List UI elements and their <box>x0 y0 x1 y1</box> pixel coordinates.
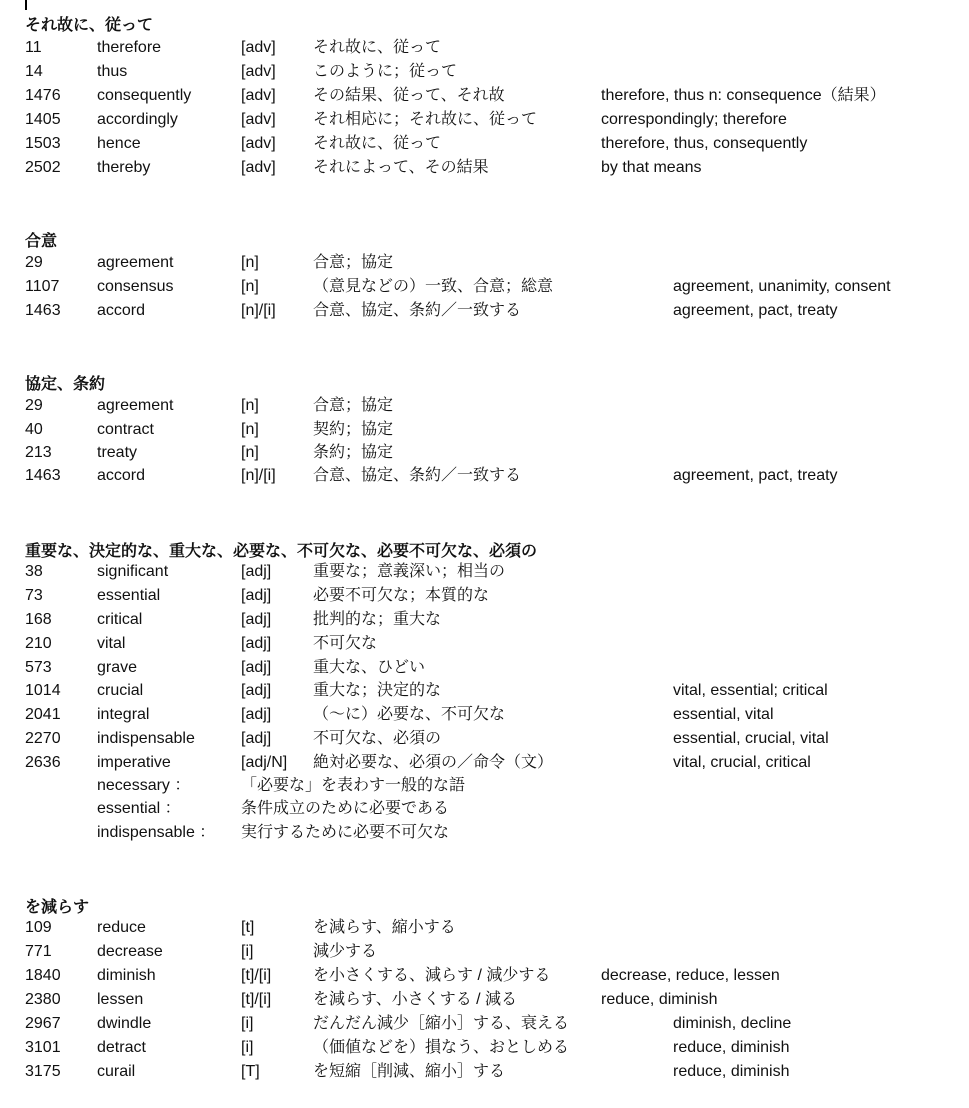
word: critical <box>97 610 142 630</box>
part-of-speech: [i] <box>241 1014 253 1034</box>
japanese-meaning: だんだん減少［縮小］する、衰える <box>313 1014 569 1034</box>
word-rank: 2041 <box>25 705 61 725</box>
word: crucial <box>97 681 143 701</box>
word: hence <box>97 134 141 154</box>
english-synonyms: reduce, diminish <box>673 1062 790 1082</box>
word-rank: 3101 <box>25 1038 61 1058</box>
part-of-speech: [t] <box>241 918 254 938</box>
part-of-speech: [adj] <box>241 705 271 725</box>
english-synonyms: diminish, decline <box>673 1014 791 1034</box>
japanese-meaning: （価値などを）損なう、おとしめる <box>313 1038 569 1058</box>
table-row: 109 reduce [t] を減らす、縮小する <box>0 918 969 942</box>
english-synonyms: therefore, thus, consequently <box>601 134 807 154</box>
word: treaty <box>97 443 137 463</box>
word: integral <box>97 705 149 725</box>
word: accord <box>97 301 145 321</box>
section-title: 協定、条約 <box>25 371 105 394</box>
japanese-meaning: 重大な、ひどい <box>313 658 425 678</box>
word-rank: 40 <box>25 420 43 440</box>
part-of-speech: [n]/[i] <box>241 301 276 321</box>
japanese-meaning: 減少する <box>313 942 377 962</box>
japanese-meaning: 必要不可欠な；本質的な <box>313 586 489 606</box>
english-synonyms: vital, essential; critical <box>673 681 828 701</box>
word: contract <box>97 420 154 440</box>
note-meaning: 実行するために必要不可欠な <box>241 823 449 843</box>
part-of-speech: [n] <box>241 396 259 416</box>
japanese-meaning: 合意；協定 <box>313 396 393 416</box>
japanese-meaning: 絶対必要な、必須の／命令（文） <box>313 753 553 773</box>
table-row: 3101 detract [i] （価値などを）損なう、おとしめる reduce… <box>0 1038 969 1062</box>
english-synonyms: reduce, diminish <box>601 990 718 1010</box>
word-rank: 210 <box>25 634 52 654</box>
word-rank: 1463 <box>25 466 61 486</box>
table-row: 1107 consensus [n] （意見などの）一致、合意；総意 agree… <box>0 277 969 301</box>
section-title: それ故に、従って <box>25 12 153 35</box>
note-meaning: 「必要な」を表わす一般的な語 <box>241 776 465 796</box>
table-row: 1840 diminish [t]/[i] を小さくする、減らす / 減少する … <box>0 966 969 990</box>
part-of-speech: [adv] <box>241 110 276 130</box>
part-of-speech: [n] <box>241 443 259 463</box>
table-row: 1014 crucial [adj] 重大な；決定的な vital, essen… <box>0 681 969 705</box>
part-of-speech: [adv] <box>241 62 276 82</box>
usage-note: essential ： 条件成立のために必要である <box>0 799 969 823</box>
word: lessen <box>97 990 143 1010</box>
english-synonyms: essential, vital <box>673 705 774 725</box>
table-row: 40 contract [n] 契約；協定 <box>0 420 969 444</box>
japanese-meaning: （意見などの）一致、合意；総意 <box>313 277 553 297</box>
word: significant <box>97 562 168 582</box>
part-of-speech: [adj] <box>241 634 271 654</box>
japanese-meaning: を短縮［削減、縮小］する <box>313 1062 505 1082</box>
word: curail <box>97 1062 135 1082</box>
note-meaning: 条件成立のために必要である <box>241 799 449 819</box>
section-title: を減らす <box>25 894 89 917</box>
part-of-speech: [adv] <box>241 158 276 178</box>
word-rank: 2270 <box>25 729 61 749</box>
word: diminish <box>97 966 156 986</box>
japanese-meaning: を減らす、縮小する <box>313 918 456 938</box>
japanese-meaning: 契約；協定 <box>313 420 393 440</box>
part-of-speech: [adv] <box>241 134 276 154</box>
table-row: 2380 lessen [t]/[i] を減らす、小さくする / 減る redu… <box>0 990 969 1014</box>
word-rank: 1476 <box>25 86 61 106</box>
word: accord <box>97 466 145 486</box>
table-row: 1405 accordingly [adv] それ相応に；それ故に、従って co… <box>0 110 969 134</box>
japanese-meaning: 合意；協定 <box>313 253 393 273</box>
japanese-meaning: を減らす、小さくする / 減る <box>313 990 517 1010</box>
word-rank: 38 <box>25 562 43 582</box>
word-rank: 2380 <box>25 990 61 1010</box>
japanese-meaning: 批判的な；重大な <box>313 610 441 630</box>
word-rank: 1503 <box>25 134 61 154</box>
part-of-speech: [i] <box>241 1038 253 1058</box>
table-row: 210 vital [adj] 不可欠な <box>0 634 969 658</box>
word: indispensable <box>97 729 195 749</box>
part-of-speech: [adv] <box>241 86 276 106</box>
english-synonyms: correspondingly; therefore <box>601 110 787 130</box>
word: consensus <box>97 277 174 297</box>
table-row: 2270 indispensable [adj] 不可欠な、必須の essent… <box>0 729 969 753</box>
japanese-meaning: それ故に、従って <box>313 134 441 154</box>
table-row: 3175 curail [T] を短縮［削減、縮小］する reduce, dim… <box>0 1062 969 1086</box>
japanese-meaning: 条約；協定 <box>313 443 393 463</box>
word-rank: 2967 <box>25 1014 61 1034</box>
word-rank: 11 <box>25 38 42 58</box>
part-of-speech: [adj] <box>241 658 271 678</box>
japanese-meaning: それ故に、従って <box>313 38 441 58</box>
note-word: indispensable ： <box>97 823 215 843</box>
english-synonyms: vital, crucial, critical <box>673 753 811 773</box>
word-rank: 168 <box>25 610 52 630</box>
word: thus <box>97 62 127 82</box>
note-word: essential ： <box>97 799 181 819</box>
word: reduce <box>97 918 146 938</box>
word-rank: 1014 <box>25 681 61 701</box>
english-synonyms: agreement, pact, treaty <box>673 466 838 486</box>
part-of-speech: [adv] <box>241 38 276 58</box>
word-rank: 29 <box>25 253 43 273</box>
word: agreement <box>97 396 174 416</box>
table-row: 29 agreement [n] 合意；協定 <box>0 396 969 420</box>
japanese-meaning: 不可欠な <box>313 634 377 654</box>
word-rank: 73 <box>25 586 43 606</box>
word: decrease <box>97 942 163 962</box>
word-rank: 1405 <box>25 110 61 130</box>
usage-note: indispensable ： 実行するために必要不可欠な <box>0 823 969 847</box>
table-row: 213 treaty [n] 条約；協定 <box>0 443 969 467</box>
table-row: 38 significant [adj] 重要な；意義深い；相当の <box>0 562 969 586</box>
part-of-speech: [adj] <box>241 610 271 630</box>
table-row: 2636 imperative [adj/N] 絶対必要な、必須の／命令（文） … <box>0 753 969 777</box>
section-title: 合意 <box>25 228 57 251</box>
japanese-meaning: このように；従って <box>313 62 457 82</box>
japanese-meaning: 合意、協定、条約／一致する <box>313 301 521 321</box>
part-of-speech: [adj] <box>241 562 271 582</box>
part-of-speech: [t]/[i] <box>241 966 271 986</box>
japanese-meaning: 重要な；意義深い；相当の <box>313 562 505 582</box>
word: accordingly <box>97 110 178 130</box>
part-of-speech: [n] <box>241 420 259 440</box>
japanese-meaning: を小さくする、減らす / 減少する <box>313 966 550 986</box>
table-row: 11 therefore [adv] それ故に、従って <box>0 38 969 62</box>
section-title: 重要な、決定的な、重大な、必要な、不可欠な、必要不可欠な、必須の <box>25 538 537 561</box>
english-synonyms: agreement, unanimity, consent <box>673 277 891 297</box>
part-of-speech: [T] <box>241 1062 260 1082</box>
word-rank: 213 <box>25 443 52 463</box>
japanese-meaning: 重大な；決定的な <box>313 681 441 701</box>
word-rank: 573 <box>25 658 52 678</box>
word: agreement <box>97 253 174 273</box>
japanese-meaning: 不可欠な、必須の <box>313 729 441 749</box>
table-row: 1463 accord [n]/[i] 合意、協定、条約／一致する agreem… <box>0 466 969 490</box>
part-of-speech: [adj] <box>241 681 271 701</box>
table-row: 2502 thereby [adv] それによって、その結果 by that m… <box>0 158 969 182</box>
table-row: 1463 accord [n]/[i] 合意、協定、条約／一致する agreem… <box>0 301 969 325</box>
table-row: 168 critical [adj] 批判的な；重大な <box>0 610 969 634</box>
word: essential <box>97 586 160 606</box>
word-rank: 1107 <box>25 277 59 297</box>
japanese-meaning: それ相応に；それ故に、従って <box>313 110 537 130</box>
part-of-speech: [i] <box>241 942 253 962</box>
word-rank: 1840 <box>25 966 61 986</box>
part-of-speech: [n]/[i] <box>241 466 276 486</box>
english-synonyms: by that means <box>601 158 702 178</box>
part-of-speech: [adj] <box>241 729 271 749</box>
word: consequently <box>97 86 191 106</box>
english-synonyms: decrease, reduce, lessen <box>601 966 780 986</box>
word: dwindle <box>97 1014 151 1034</box>
table-row: 73 essential [adj] 必要不可欠な；本質的な <box>0 586 969 610</box>
word: detract <box>97 1038 146 1058</box>
word: vital <box>97 634 125 654</box>
note-word: necessary ： <box>97 776 190 796</box>
word-rank: 109 <box>25 918 52 938</box>
word: thereby <box>97 158 150 178</box>
table-row: 771 decrease [i] 減少する <box>0 942 969 966</box>
table-row: 2041 integral [adj] （～に）必要な、不可欠な essenti… <box>0 705 969 729</box>
table-row: 1476 consequently [adv] その結果、従って、それ故 the… <box>0 86 969 110</box>
part-of-speech: [n] <box>241 277 259 297</box>
word-rank: 2636 <box>25 753 61 773</box>
english-synonyms: reduce, diminish <box>673 1038 790 1058</box>
word-rank: 771 <box>25 942 52 962</box>
word-rank: 2502 <box>25 158 61 178</box>
part-of-speech: [adj] <box>241 586 271 606</box>
word-rank: 3175 <box>25 1062 61 1082</box>
word: imperative <box>97 753 171 773</box>
usage-note: necessary ： 「必要な」を表わす一般的な語 <box>0 776 969 800</box>
table-row: 1503 hence [adv] それ故に、従って therefore, thu… <box>0 134 969 158</box>
english-synonyms: therefore, thus n: consequence（結果） <box>601 86 886 106</box>
japanese-meaning: それによって、その結果 <box>313 158 489 178</box>
table-row: 2967 dwindle [i] だんだん減少［縮小］する、衰える dimini… <box>0 1014 969 1038</box>
japanese-meaning: （～に）必要な、不可欠な <box>313 705 505 725</box>
word-rank: 1463 <box>25 301 61 321</box>
table-row: 573 grave [adj] 重大な、ひどい <box>0 658 969 682</box>
english-synonyms: essential, crucial, vital <box>673 729 829 749</box>
part-of-speech: [adj/N] <box>241 753 287 773</box>
word-rank: 29 <box>25 396 43 416</box>
table-row: 29 agreement [n] 合意；協定 <box>0 253 969 277</box>
word: therefore <box>97 38 161 58</box>
english-synonyms: agreement, pact, treaty <box>673 301 838 321</box>
text-cursor <box>25 0 27 10</box>
part-of-speech: [n] <box>241 253 259 273</box>
word-rank: 14 <box>25 62 43 82</box>
japanese-meaning: その結果、従って、それ故 <box>313 86 505 106</box>
table-row: 14 thus [adv] このように；従って <box>0 62 969 86</box>
word: grave <box>97 658 137 678</box>
part-of-speech: [t]/[i] <box>241 990 271 1010</box>
japanese-meaning: 合意、協定、条約／一致する <box>313 466 521 486</box>
